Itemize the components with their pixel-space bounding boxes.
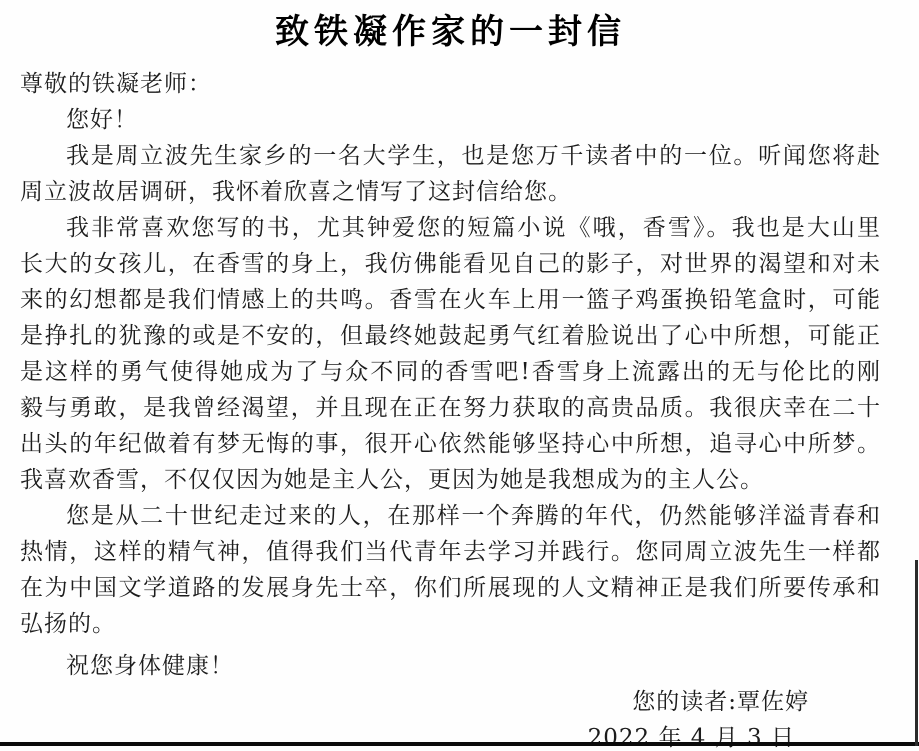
scan-edge-right: [915, 560, 918, 746]
letter-line: 我喜欢香雪，不仅仅因为她是主人公，更因为她是我想成为的主人公。: [20, 462, 881, 498]
date-line: 2022 年 4 月 3 日: [20, 720, 795, 751]
letter-line: 是挣扎的犹豫的或是不安的，但最终她鼓起勇气红着脸说出了心中所想，可能正: [20, 318, 881, 354]
letter-line: 来的幻想都是我们情感上的共鸣。香雪在火车上用一篮子鸡蛋换铅笔盒时，可能: [20, 282, 881, 318]
letter-line: 周立波故居调研，我怀着欣喜之情写了这封信给您。: [20, 174, 881, 210]
letter-body: 尊敬的铁凝老师： 您好！ 我是周立波先生家乡的一名大学生，也是您万千读者中的一位…: [20, 66, 881, 684]
closing-wish-line: 祝您身体健康！: [20, 648, 881, 684]
letter-line: 您是从二十世纪走过来的人，在那样一个奔腾的年代，仍然能够洋溢青春和: [20, 498, 881, 534]
page-title: 致铁凝作家的一封信: [20, 14, 881, 50]
signature-block: 您的读者:覃佐婷 2022 年 4 月 3 日: [20, 684, 881, 751]
letter-line: 弘扬的。: [20, 606, 881, 642]
scan-edge-bottom: [0, 742, 919, 746]
letter-line: 在为中国文学道路的发展身先士卒，你们所展现的人文精神正是我们所要传承和: [20, 570, 881, 606]
salutation-line: 尊敬的铁凝老师：: [20, 66, 881, 102]
letter-line: 毅与勇敢，是我曾经渴望，并且现在正在努力获取的高贵品质。我很庆幸在二十: [20, 390, 881, 426]
letter-line: 热情，这样的精气神，值得我们当代青年去学习并践行。您同周立波先生一样都: [20, 534, 881, 570]
letter-line: 我非常喜欢您写的书，尤其钟爱您的短篇小说《哦，香雪》。我也是大山里: [20, 210, 881, 246]
letter-line: 出头的年纪做着有梦无悔的事，很开心依然能够坚持心中所想，追寻心中所梦。: [20, 426, 881, 462]
letter-line: 是这样的勇气使得她成为了与众不同的香雪吧!香雪身上流露出的无与伦比的刚: [20, 354, 881, 390]
letter-line: 长大的女孩儿，在香雪的身上，我仿佛能看见自己的影子，对世界的渴望和对未: [20, 246, 881, 282]
signature-line: 您的读者:覃佐婷: [20, 684, 809, 720]
greeting-line: 您好！: [20, 102, 881, 138]
letter-line: 我是周立波先生家乡的一名大学生，也是您万千读者中的一位。听闻您将赴: [20, 138, 881, 174]
letter-page: 致铁凝作家的一封信 尊敬的铁凝老师： 您好！ 我是周立波先生家乡的一名大学生，也…: [0, 0, 919, 751]
